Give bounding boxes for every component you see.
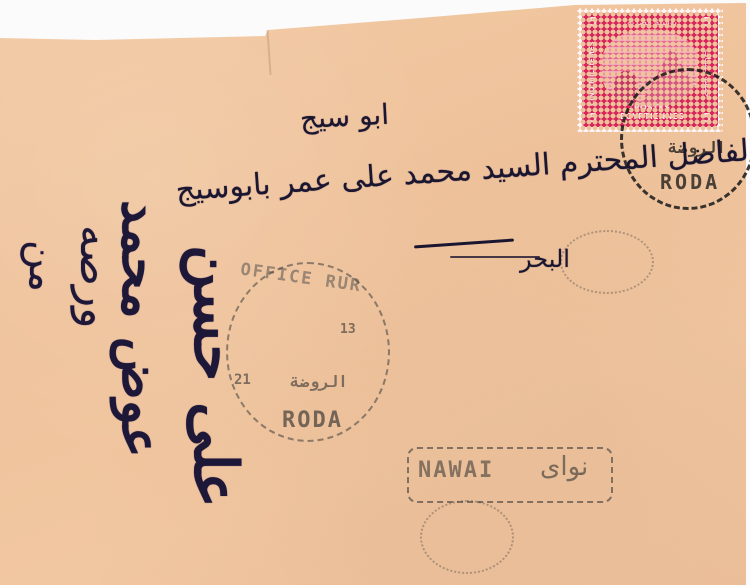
address-line-1: ابو سيج [299, 98, 390, 136]
faint-postmark [420, 500, 514, 574]
sender-note-col-1: من [20, 240, 66, 292]
envelope: بوستة مصرية CINQ MILLIEMES خمسة مليمات P… [0, 0, 750, 585]
sender-note-col-3: عوض محمد [110, 200, 171, 458]
postmark-town: RODA [282, 408, 343, 433]
stamp-denomination: CINQ MILLIEMES [588, 35, 600, 113]
stamp-value: 5 [586, 15, 600, 29]
stamp-value: 5 [586, 111, 600, 125]
cachet-arabic: نواى [540, 452, 588, 482]
postmark-year: 13 [340, 322, 356, 337]
sender-note-col-4: على حسن [180, 245, 250, 508]
stamp-arabic-legend: بوستة مصرية [612, 18, 692, 28]
faint-postmark [560, 230, 654, 294]
cachet-latin: NAWAI [418, 458, 494, 483]
postmark-town-arabic: الروضة [290, 372, 348, 391]
address-line-3: البحر [520, 245, 570, 273]
stamp-value: 5 [700, 15, 714, 29]
